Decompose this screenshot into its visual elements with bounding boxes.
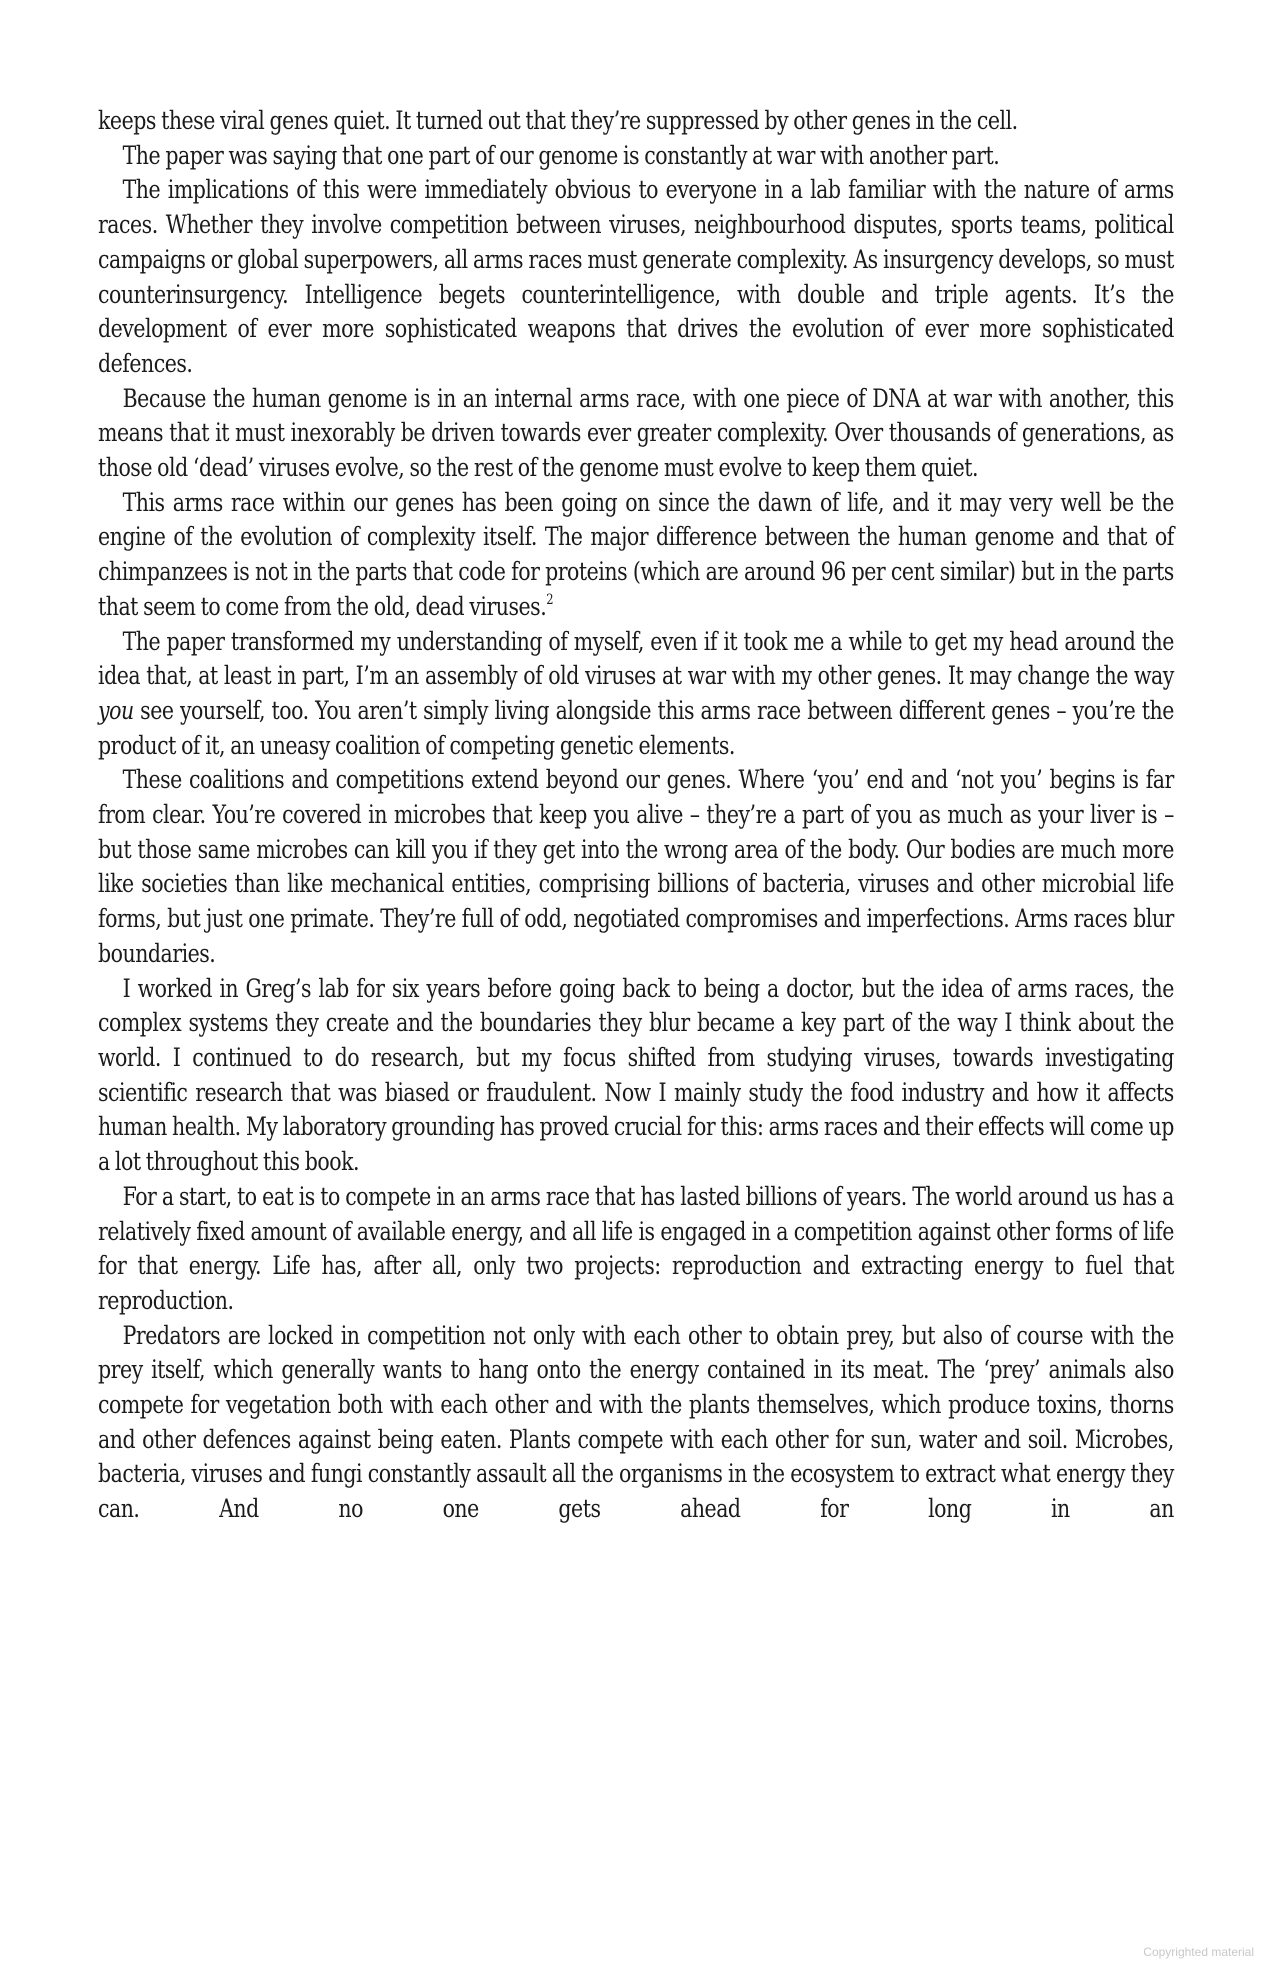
paragraph: The paper transformed my understanding o…: [98, 625, 1174, 764]
book-page-body: keeps these viral genes quiet. It turned…: [98, 104, 1174, 1527]
paragraph: I worked in Greg’s lab for six years bef…: [98, 972, 1174, 1180]
paragraph: The implications of this were immediatel…: [98, 173, 1174, 381]
paragraph: keeps these viral genes quiet. It turned…: [98, 104, 1174, 139]
footnote-marker[interactable]: 2: [546, 592, 553, 608]
paragraph: Predators are locked in competition not …: [98, 1319, 1174, 1527]
paragraph: Because the human genome is in an intern…: [98, 382, 1174, 486]
copyright-watermark: Copyrighted material: [1143, 1945, 1254, 1959]
paragraph-text: see yourself, too. You aren’t simply liv…: [98, 696, 1174, 760]
paragraph: These coalitions and competitions extend…: [98, 763, 1174, 971]
paragraph: This arms race within our genes has been…: [98, 486, 1174, 625]
emphasis-text: you: [98, 696, 134, 725]
paragraph-text: The paper transformed my understanding o…: [98, 627, 1174, 691]
paragraph: For a start, to eat is to compete in an …: [98, 1180, 1174, 1319]
paragraph: The paper was saying that one part of ou…: [98, 139, 1174, 174]
paragraph-text: This arms race within our genes has been…: [98, 488, 1174, 621]
